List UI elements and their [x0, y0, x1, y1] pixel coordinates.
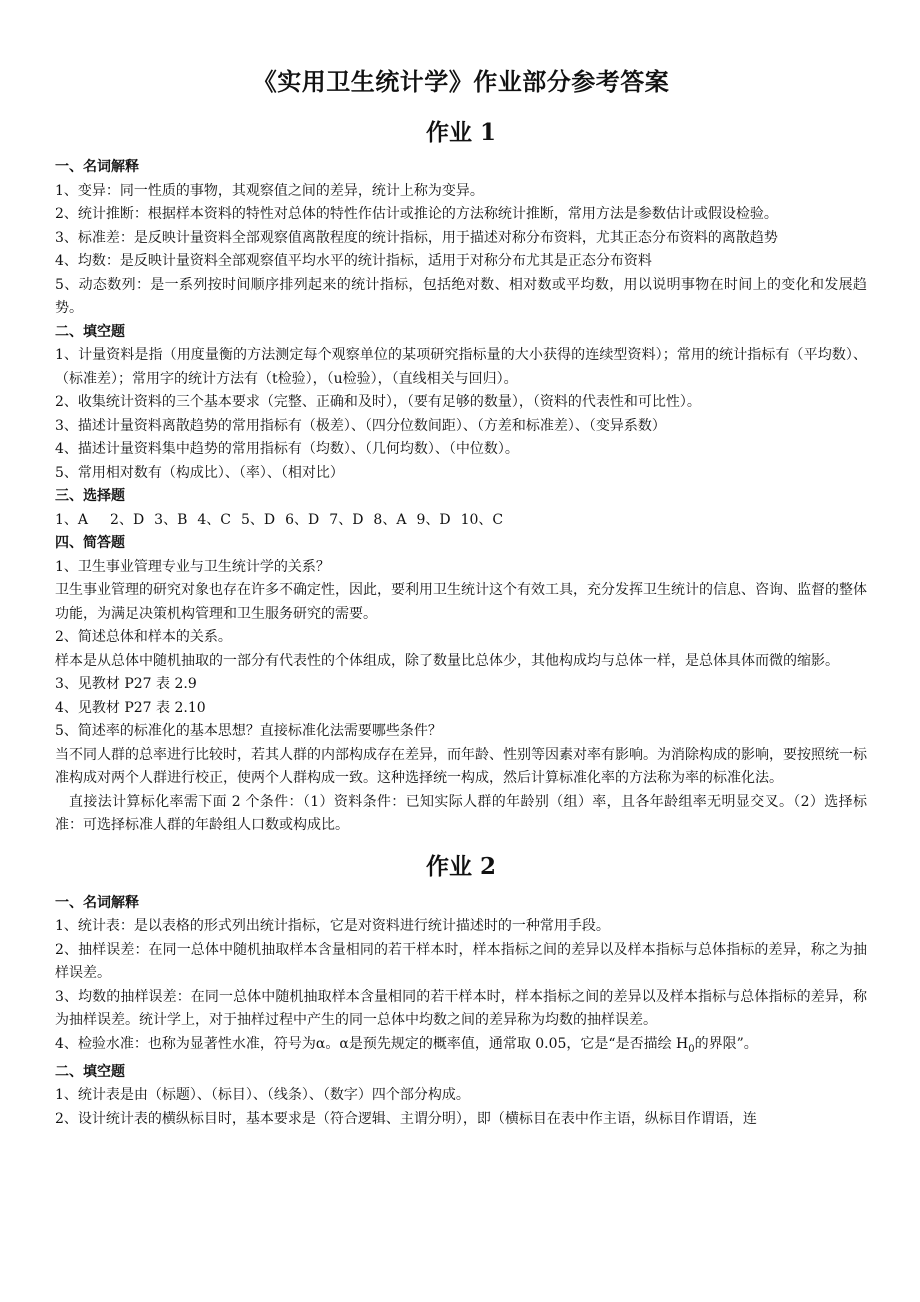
- choice-answer: 5、D: [241, 509, 275, 533]
- choice-answer: 6、D: [285, 509, 319, 533]
- fill-blank-item: 5、常用相对数有（构成比）、（率）、（相对比）: [55, 462, 867, 486]
- document-page: 《实用卫生统计学》作业部分参考答案 作业 1 一、名词解释 1、变异：同一性质的…: [55, 64, 867, 1131]
- answer: 当不同人群的总率进行比较时，若其人群的内部构成存在差异，而年龄、性别等因素对率有…: [55, 744, 867, 791]
- answer: 3、见教材 P27 表 2.9: [55, 673, 867, 697]
- section-heading: 三、选择题: [55, 485, 867, 509]
- definition-item: 4、均数：是反映计量资料全部观察值平均水平的统计指标，适用于对称分布尤其是正态分…: [55, 250, 867, 274]
- definition-item: 3、均数的抽样误差：在同一总体中随机抽取样本含量相同的若干样本时，样本指标之间的…: [55, 986, 867, 1033]
- choice-answer: 3、B: [154, 509, 187, 533]
- question: 5、简述率的标准化的基本思想？直接标准化法需要哪些条件？: [55, 720, 867, 744]
- hw1-section-multiple-choice: 三、选择题 1、A2、D3、B4、C5、D6、D7、D8、A9、D10、C: [55, 485, 867, 532]
- question: 2、简述总体和样本的关系。: [55, 626, 867, 650]
- fill-blank-item: 2、收集统计资料的三个基本要求（完整、正确和及时），（要有足够的数量），（资料的…: [55, 391, 867, 415]
- choice-answer: 2、D: [110, 509, 144, 533]
- answer: 4、见教材 P27 表 2.10: [55, 697, 867, 721]
- section-heading: 二、填空题: [55, 321, 867, 345]
- hw2-section-definitions: 一、名词解释 1、统计表：是以表格的形式列出统计指标，它是对资料进行统计描述时的…: [55, 892, 867, 1061]
- choice-answer: 10、C: [461, 509, 504, 533]
- section-heading: 一、名词解释: [55, 892, 867, 916]
- fill-blank-item: 1、计量资料是指（用度量衡的方法测定每个观察单位的某项研究指标量的大小获得的连续…: [55, 344, 867, 391]
- definition-item: 2、抽样误差：在同一总体中随机抽取样本含量相同的若干样本时，样本指标之间的差异以…: [55, 939, 867, 986]
- choice-answer: 9、D: [416, 509, 450, 533]
- definition-item: 2、统计推断：根据样本资料的特性对总体的特性作估计或推论的方法称统计推断，常用方…: [55, 203, 867, 227]
- choice-answer: 4、C: [197, 509, 231, 533]
- definition-item: 1、变异：同一性质的事物，其观察值之间的差异，统计上称为变异。: [55, 180, 867, 204]
- choice-answer: 7、D: [329, 509, 363, 533]
- answer-indented: 直接法计算标化率需下面 2 个条件：（1）资料条件：已知实际人群的年龄别（组）率…: [55, 791, 867, 838]
- homework-2-title: 作业 2: [55, 850, 867, 884]
- section-heading: 一、名词解释: [55, 156, 867, 180]
- hw2-section-fill-blank: 二、填空题 1、统计表是由（标题）、（标目）、（线条）、（数字）四个部分构成。 …: [55, 1061, 867, 1132]
- hw1-section-definitions: 一、名词解释 1、变异：同一性质的事物，其观察值之间的差异，统计上称为变异。 2…: [55, 156, 867, 321]
- homework-1-title: 作业 1: [55, 116, 867, 150]
- definition-item: 4、检验水准：也称为显著性水准，符号为α。α是预先规定的概率值，通常取 0.05…: [55, 1033, 867, 1061]
- hw1-section-fill-blank: 二、填空题 1、计量资料是指（用度量衡的方法测定每个观察单位的某项研究指标量的大…: [55, 321, 867, 486]
- definition-item: 3、标准差：是反映计量资料全部观察值离散程度的统计指标，用于描述对称分布资料，尤…: [55, 227, 867, 251]
- answer: 样本是从总体中随机抽取的一部分有代表性的个体组成，除了数量比总体少，其他构成均与…: [55, 650, 867, 674]
- fill-blank-item: 1、统计表是由（标题）、（标目）、（线条）、（数字）四个部分构成。: [55, 1084, 867, 1108]
- fill-blank-item: 4、描述计量资料集中趋势的常用指标有（均数）、（几何均数）、（中位数）。: [55, 438, 867, 462]
- choice-answer: 1、A: [55, 509, 88, 533]
- section-heading: 四、简答题: [55, 532, 867, 556]
- choice-answers: 1、A2、D3、B4、C5、D6、D7、D8、A9、D10、C: [55, 509, 867, 533]
- definition-text: 的界限”。: [695, 1036, 758, 1052]
- document-title: 《实用卫生统计学》作业部分参考答案: [55, 64, 867, 100]
- homework-2: 作业 2 一、名词解释 1、统计表：是以表格的形式列出统计指标，它是对资料进行统…: [55, 850, 867, 1132]
- choice-answer: 8、A: [373, 509, 406, 533]
- fill-blank-item: 2、设计统计表的横纵标目时，基本要求是（符合逻辑、主谓分明），即（横标目在表中作…: [55, 1108, 867, 1132]
- section-heading: 二、填空题: [55, 1061, 867, 1085]
- definition-item: 5、动态数列：是一系列按时间顺序排列起来的统计指标，包括绝对数、相对数或平均数，…: [55, 274, 867, 321]
- homework-1: 作业 1 一、名词解释 1、变异：同一性质的事物，其观察值之间的差异，统计上称为…: [55, 116, 867, 838]
- fill-blank-item: 3、描述计量资料离散趋势的常用指标有（极差）、（四分位数间距）、（方差和标准差）…: [55, 415, 867, 439]
- question: 1、卫生事业管理专业与卫生统计学的关系？: [55, 556, 867, 580]
- hw1-section-short-answer: 四、简答题 1、卫生事业管理专业与卫生统计学的关系？ 卫生事业管理的研究对象也存…: [55, 532, 867, 838]
- answer: 卫生事业管理的研究对象也存在许多不确定性，因此，要利用卫生统计这个有效工具，充分…: [55, 579, 867, 626]
- definition-item: 1、统计表：是以表格的形式列出统计指标，它是对资料进行统计描述时的一种常用手段。: [55, 915, 867, 939]
- definition-text: 4、检验水准：也称为显著性水准，符号为α。α是预先规定的概率值，通常取 0.05…: [55, 1036, 688, 1052]
